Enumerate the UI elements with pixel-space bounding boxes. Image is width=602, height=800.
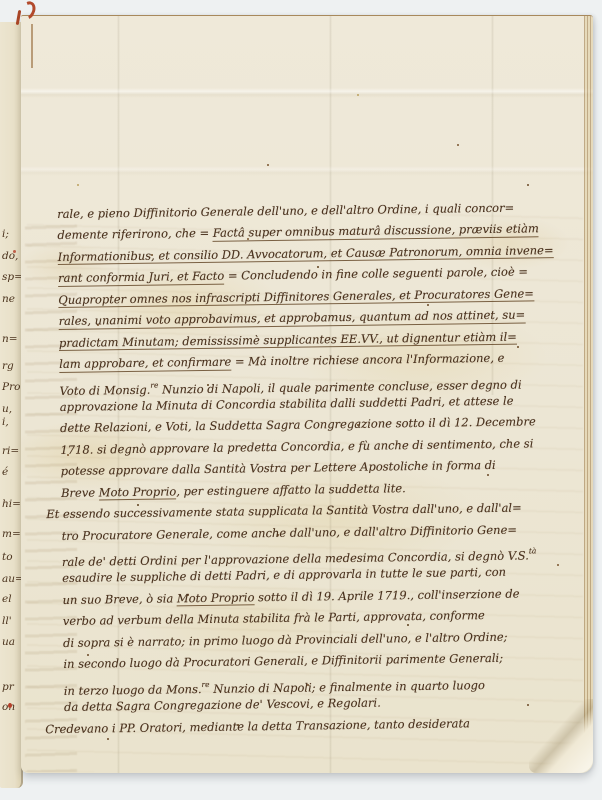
manuscript-text: verbo ad verbum della Minuta stabilita f… [63,608,485,628]
manuscript-text: un suo Breve, ò sia [62,591,177,607]
previous-page-text-fragment: el [2,593,12,605]
underlined-passage: Moto Proprio [99,484,177,501]
scanned-manuscript-screenshot: i;do,sp=nen=rgPro=u,i,ri=éhi=m=toau=elll… [0,0,602,800]
previous-page-text-fragment: u, [2,403,12,415]
previous-page-text-fragment: ll' [2,615,12,627]
previous-page-text-fragment: ri= [2,445,19,457]
manuscript-text: re [201,680,209,689]
previous-page-text-fragment: pr [2,681,14,693]
underlined-passage: Factâ super omnibus maturâ discussione, … [213,222,539,242]
wax-speck [8,703,12,708]
underlined-passage: rales, unanimi voto approbavimus, et app… [59,308,526,330]
underlined-passage: Moto Proprio [177,590,255,607]
manuscript-text: re [150,380,158,389]
previous-page-text-fragment: to [2,551,13,563]
manuscript-text: da detta Sagra Congregazione de' Vescovi… [64,696,381,714]
previous-page-text-fragment: m= [2,528,21,540]
stacked-page-edges [584,16,593,765]
binding-string [31,24,33,68]
manuscript-text: demente riferirono, che = [57,226,213,242]
manuscript-text: dette Relazioni, e Voti, la Suddetta Sag… [60,415,536,436]
previous-page-text-fragment: i; [2,228,9,240]
manuscript-text-block: rale, e pieno Diffinitorio Generale dell… [57,197,572,740]
previous-page-text-fragment: sp= [2,271,23,283]
manuscript-text: in secondo luogo dà Procuratori Generali… [63,651,503,671]
previous-page-text-fragment: ne [2,293,15,305]
previous-page-text-fragment: i, [2,416,9,428]
manuscript-text: potesse approvare dalla Santità Vostra p… [61,458,496,478]
previous-page-text-fragment: rg [2,360,14,372]
manuscript-text: tro Procuratore Generale, come anche dal… [62,522,518,542]
manuscript-text: approvazione la Minuta di Concordia stab… [60,394,514,414]
manuscript-text: sotto il dì 19. Aprile 1719., coll'inser… [254,586,519,604]
underlined-passage: rant conformia Juri, et Facto [58,269,224,287]
underlined-passage: lam approbare, et confirmare [59,355,231,373]
manuscript-text: esaudire le suppliche di detti Padri, e … [62,565,506,585]
manuscript-text: = Mà inoltre richiese ancora l'Informazi… [231,351,504,369]
previous-page-text-fragment: ua [2,636,15,648]
previous-page-edge: i;do,sp=nen=rgPro=u,i,ri=éhi=m=toau=elll… [0,22,23,788]
previous-page-text-fragment: é [2,466,8,478]
thread-tail [16,10,22,25]
manuscript-text: = Concludendo in fine colle seguenti par… [224,265,528,283]
manuscript-text: 1718. si degnò approvare la predetta Con… [60,436,533,457]
previous-page-text-fragment: hi= [2,498,21,510]
manuscript-text: Credevano i PP. Oratori, mediante la det… [45,716,470,736]
manuscript-text: rale, e pieno Diffinitorio Generale dell… [57,201,514,221]
previous-page-text-fragment: n= [2,333,18,345]
paper-crease [21,88,593,98]
manuscript-text: tà [529,546,537,555]
manuscript-text: Breve [61,485,99,500]
wax-speck [13,250,16,253]
paper-crease [21,166,593,176]
manuscript-text: di sopra si è narrato; in primo luogo dà… [63,630,508,650]
manuscript-text: Et essendo successivamente stata supplic… [46,501,522,522]
manuscript-text: , per estinguere affatto la suddetta lit… [176,481,406,498]
